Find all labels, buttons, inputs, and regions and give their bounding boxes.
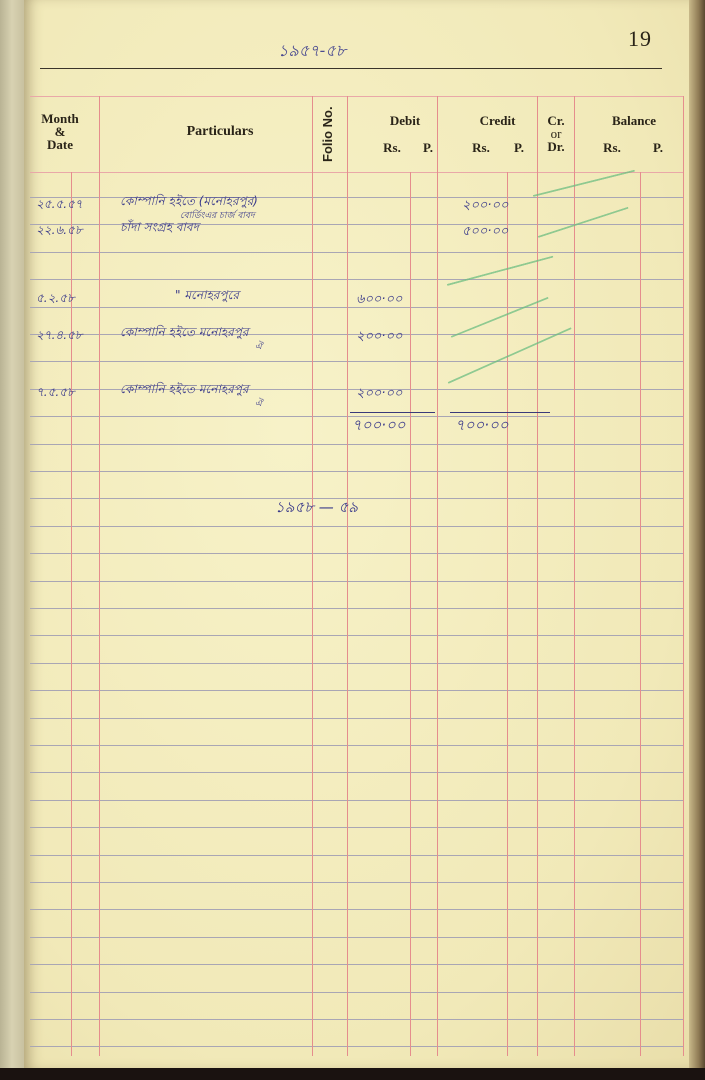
row-particulars-note: ঐ [255, 339, 262, 354]
ruled-line [30, 690, 684, 691]
subcolumn-rule [507, 172, 508, 1056]
ruled-line [30, 1019, 684, 1020]
ledger-page [24, 0, 689, 1068]
header-top-rule [30, 96, 684, 97]
ruled-line [30, 882, 684, 883]
ruled-line [30, 444, 684, 445]
credit-total: ৭০০·০০ [455, 414, 509, 439]
header-balance-rs: Rs. [592, 141, 632, 154]
header-credit-rs: Rs. [461, 141, 501, 154]
ruled-line [30, 800, 684, 801]
handwritten-next-year: ১৯৫৮ — ৫৯ [275, 496, 358, 521]
header-balance: Balance [594, 114, 674, 127]
header-balance-p: P. [648, 141, 668, 154]
book-bottom-edge [0, 1068, 705, 1080]
subcolumn-rule [410, 172, 411, 1056]
ruled-line [30, 745, 684, 746]
header-bottom-rule [30, 172, 684, 173]
row-debit-amount: ৬০০·০০ [356, 290, 402, 311]
row-debit-amount: ২০০·০০ [356, 327, 402, 348]
handwritten-year-heading: ১৯৫৭-৫৮ [278, 38, 346, 65]
header-debit: Debit [360, 114, 450, 127]
ruled-line [30, 526, 684, 527]
ruled-line [30, 772, 684, 773]
column-rule [347, 96, 348, 1056]
header-month-date: Month & Date [34, 112, 86, 151]
column-rule [312, 96, 313, 1056]
header-cr-or-dr: Cr. or Dr. [540, 114, 572, 153]
row-date: ৫.২.৫৮ [36, 290, 75, 310]
row-particulars: কোম্পানি হইতে মনোহরপুর [120, 381, 249, 401]
column-rule [99, 96, 100, 1056]
ruled-line [30, 663, 684, 664]
row-credit-amount: ২০০·০০ [462, 196, 508, 217]
ruled-line [30, 581, 684, 582]
debit-total: ৭০০·০০ [352, 414, 406, 439]
ruled-line [30, 909, 684, 910]
credit-total-rule [450, 412, 550, 413]
column-rule [437, 96, 438, 1056]
subcolumn-rule [640, 172, 641, 1056]
column-rule [574, 96, 575, 1056]
ruled-line [30, 827, 684, 828]
page-fore-edge [689, 0, 705, 1068]
header-date-text: Date [34, 138, 86, 151]
row-particulars: চাঁদা সংগ্রহ বাবদ [120, 219, 199, 239]
row-particulars-note: ঐ [255, 396, 262, 411]
ruled-line [30, 279, 684, 280]
ruled-line [30, 1046, 684, 1047]
page-number: 19 [628, 26, 652, 52]
ruled-line [30, 471, 684, 472]
row-particulars: কোম্পানি হইতে মনোহরপুর [120, 324, 249, 344]
ruled-line [30, 361, 684, 362]
header-credit: Credit [455, 114, 540, 127]
row-date: ২৫.৫.৫৭ [36, 196, 83, 216]
header-credit-p: P. [509, 141, 529, 154]
row-date: ২৭.৪.৫৮ [36, 327, 83, 347]
header-dr-text: Dr. [540, 140, 572, 153]
title-rule [40, 68, 662, 69]
row-credit-amount: ৫০০·০০ [462, 222, 508, 243]
ruled-line [30, 937, 684, 938]
ruled-line [30, 992, 684, 993]
header-debit-p: P. [418, 141, 438, 154]
row-debit-amount: ২০০·০০ [356, 384, 402, 405]
debit-total-rule [350, 412, 435, 413]
ruled-line [30, 964, 684, 965]
header-folio-no: Folio No. [320, 106, 335, 162]
ruled-line [30, 553, 684, 554]
ruled-line [30, 635, 684, 636]
row-date: ২২.৬.৫৮ [36, 222, 83, 242]
ruled-line [30, 252, 684, 253]
ruled-line [30, 718, 684, 719]
ruled-line [30, 608, 684, 609]
column-rule [537, 96, 538, 1056]
row-date: ৭.৫.৫৮ [36, 384, 75, 404]
column-rule [683, 96, 684, 1056]
header-particulars: Particulars [150, 125, 290, 138]
book-binding [0, 0, 24, 1068]
ruled-line [30, 855, 684, 856]
header-debit-rs: Rs. [372, 141, 412, 154]
row-particulars: " মনোহরপুরে [175, 287, 239, 307]
